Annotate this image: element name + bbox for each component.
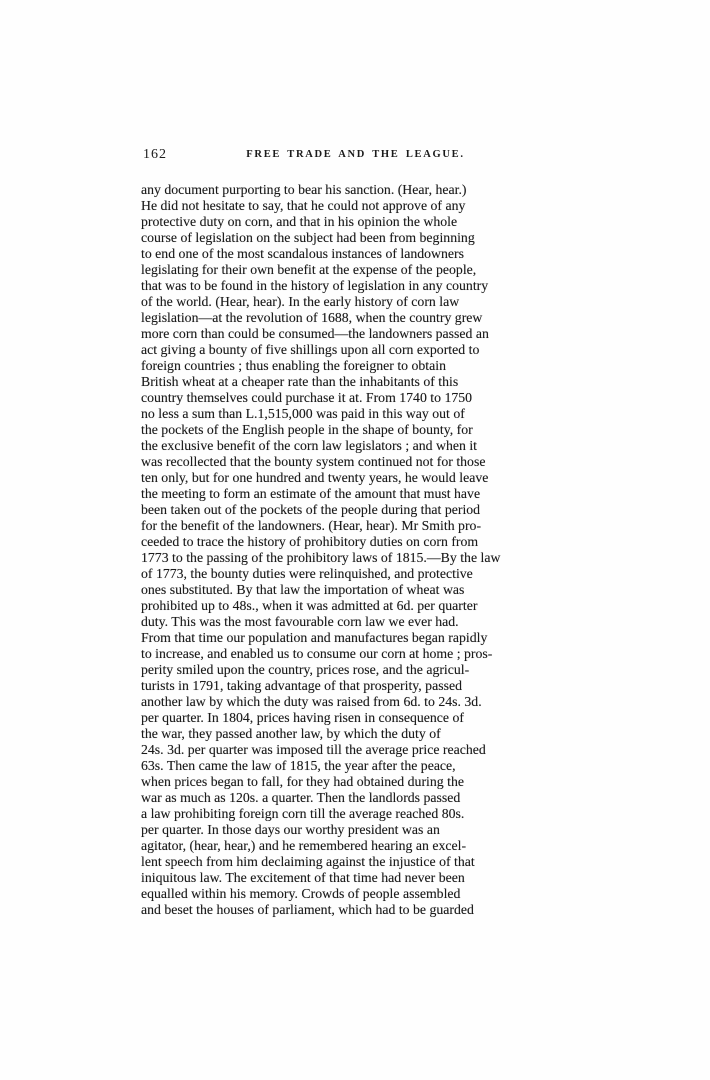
body-line: the pockets of the English people in the… (141, 422, 570, 438)
body-line: more corn than could be consumed—the lan… (141, 326, 570, 342)
body-line: iniquitous law. The excitement of that t… (141, 870, 570, 886)
body-line: of 1773, the bounty duties were relinqui… (141, 566, 570, 582)
body-line: He did not hesitate to say, that he coul… (141, 198, 570, 214)
body-line: duty. This was the most favourable corn … (141, 614, 570, 630)
body-line: the exclusive benefit of the corn law le… (141, 438, 570, 454)
body-line: foreign countries ; thus enabling the fo… (141, 358, 570, 374)
body-line: ten only, but for one hundred and twenty… (141, 470, 570, 486)
body-line: a law prohibiting foreign corn till the … (141, 806, 570, 822)
body-line: that was to be found in the history of l… (141, 278, 570, 294)
body-line: and beset the houses of parliament, whic… (141, 902, 570, 918)
body-line: legislation—at the revolution of 1688, w… (141, 310, 570, 326)
body-line: was recollected that the bounty system c… (141, 454, 570, 470)
body-line: From that time our population and manufa… (141, 630, 570, 646)
body-line: act giving a bounty of five shillings up… (141, 342, 570, 358)
text-block: 162 FREE TRADE AND THE LEAGUE. any docum… (141, 147, 570, 918)
body-line: when prices began to fall, for they had … (141, 774, 570, 790)
body-line: war as much as 120s. a quarter. Then the… (141, 790, 570, 806)
scanned-book-page: 162 FREE TRADE AND THE LEAGUE. any docum… (0, 0, 710, 1080)
body-line: course of legislation on the subject had… (141, 230, 570, 246)
body-line: no less a sum than L.1,515,000 was paid … (141, 406, 570, 422)
body-line: to increase, and enabled us to consume o… (141, 646, 570, 662)
body-line: 1773 to the passing of the prohibitory l… (141, 550, 570, 566)
body-line: the war, they passed another law, by whi… (141, 726, 570, 742)
body-line: the meeting to form an estimate of the a… (141, 486, 570, 502)
body-line: for the benefit of the landowners. (Hear… (141, 518, 570, 534)
body-line: ones substituted. By that law the import… (141, 582, 570, 598)
body-line: 63s. Then came the law of 1815, the year… (141, 758, 570, 774)
body-line: 24s. 3d. per quarter was imposed till th… (141, 742, 570, 758)
body-line: lent speech from him declaiming against … (141, 854, 570, 870)
page-header: 162 FREE TRADE AND THE LEAGUE. (141, 147, 570, 164)
body-line: prohibited up to 48s., when it was admit… (141, 598, 570, 614)
body-line: another law by which the duty was raised… (141, 694, 570, 710)
body-line: ceeded to trace the history of prohibito… (141, 534, 570, 550)
body-line: perity smiled upon the country, prices r… (141, 662, 570, 678)
body-line: to end one of the most scandalous instan… (141, 246, 570, 262)
body-line: any document purporting to bear his sanc… (141, 182, 570, 198)
body-line: legislating for their own benefit at the… (141, 262, 570, 278)
body-line: per quarter. In 1804, prices having rise… (141, 710, 570, 726)
body-line: per quarter. In those days our worthy pr… (141, 822, 570, 838)
body-line: protective duty on corn, and that in his… (141, 214, 570, 230)
body-line: agitator, (hear, hear,) and he remembere… (141, 838, 570, 854)
body-line: been taken out of the pockets of the peo… (141, 502, 570, 518)
body-paragraph: any document purporting to bear his sanc… (141, 182, 570, 918)
body-line: equalled within his memory. Crowds of pe… (141, 886, 570, 902)
running-header-title: FREE TRADE AND THE LEAGUE. (141, 149, 570, 160)
body-line: turists in 1791, taking advantage of tha… (141, 678, 570, 694)
body-line: of the world. (Hear, hear). In the early… (141, 294, 570, 310)
body-line: British wheat at a cheaper rate than the… (141, 374, 570, 390)
body-line: country themselves could purchase it at.… (141, 390, 570, 406)
